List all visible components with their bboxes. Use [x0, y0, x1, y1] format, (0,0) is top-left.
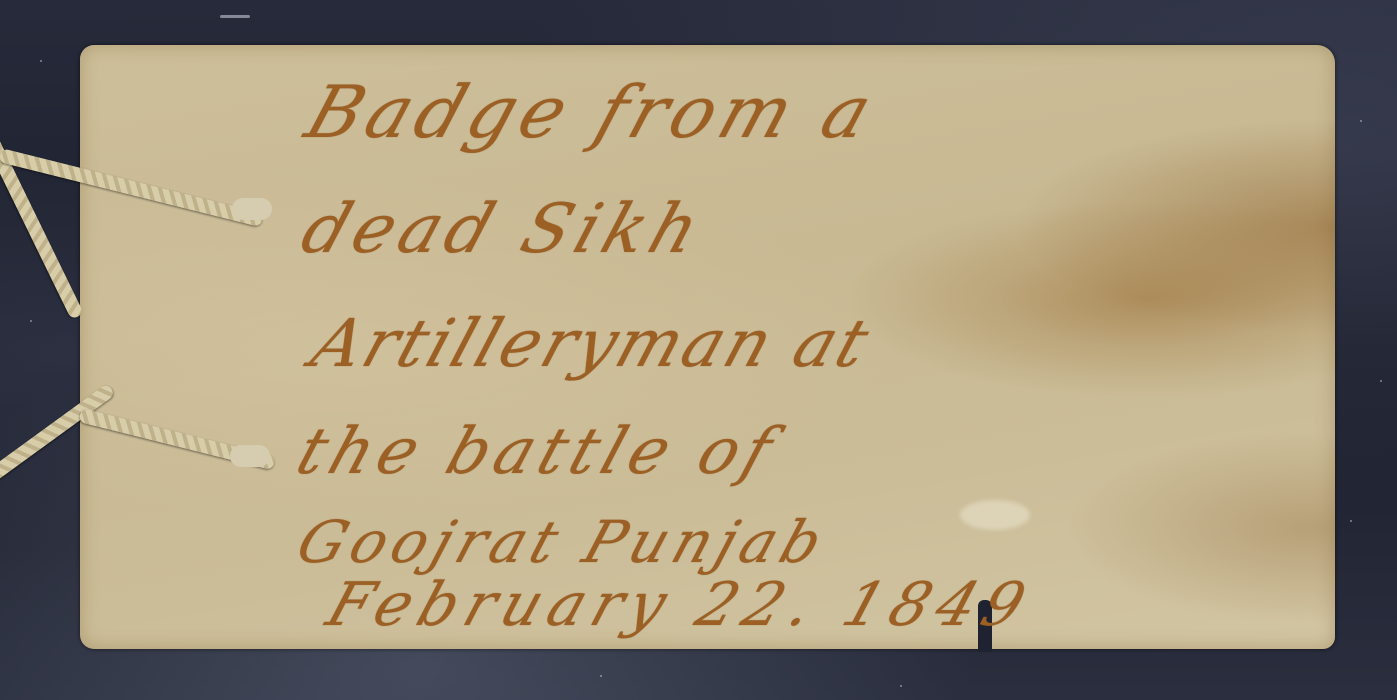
- handwriting-line: Artilleryman at: [302, 305, 880, 382]
- string-end-upper: [232, 198, 272, 220]
- string-end-lower: [230, 445, 270, 467]
- handwriting-line: the battle of: [288, 415, 787, 489]
- handwriting-line: Badge from a: [296, 70, 887, 154]
- handwriting-line: dead Sikh: [292, 190, 714, 269]
- paper-tear: [960, 500, 1030, 530]
- handwriting-line: Goojrat Punjab: [289, 508, 837, 576]
- handwriting-date: February 22. 1849: [319, 570, 1042, 640]
